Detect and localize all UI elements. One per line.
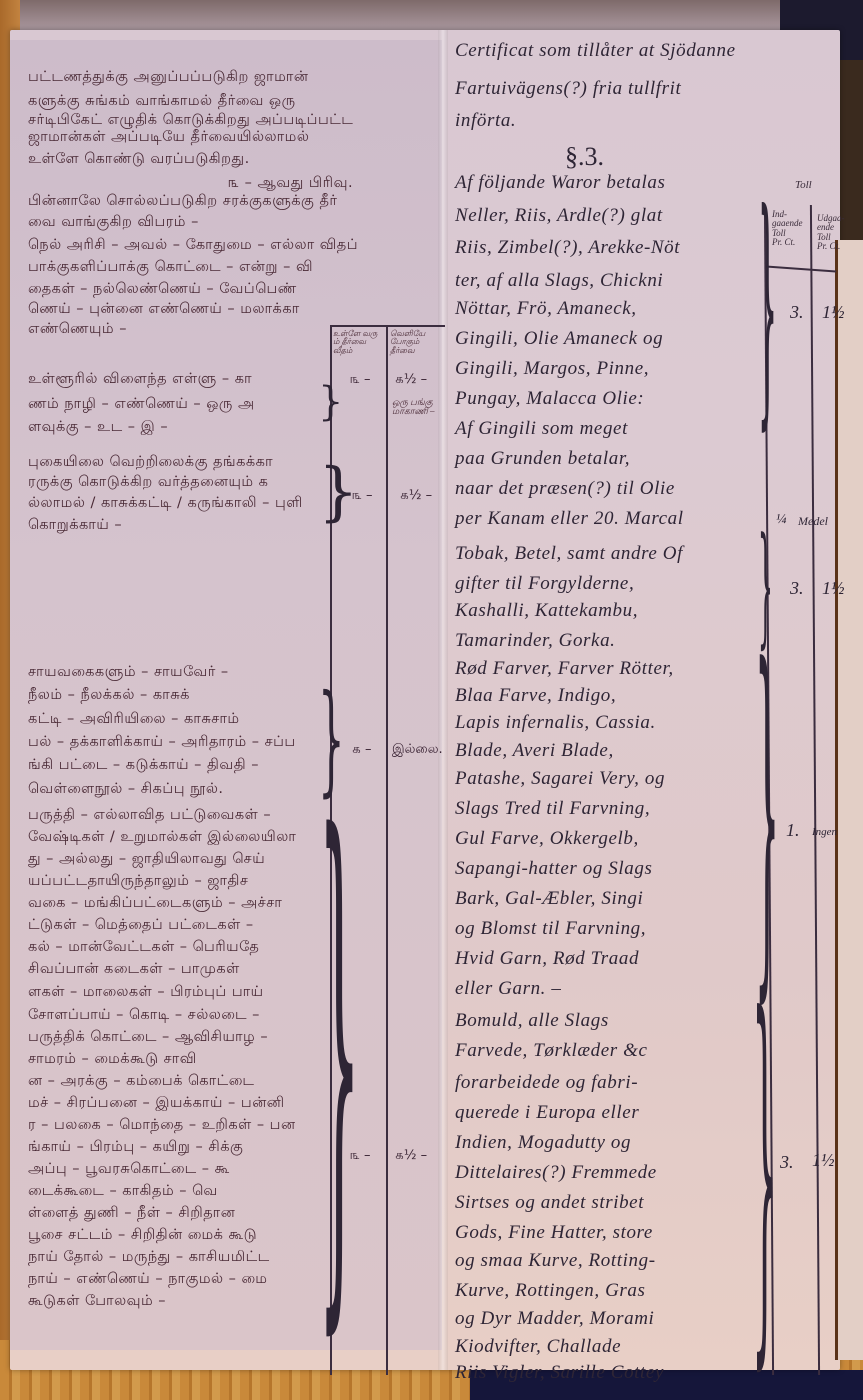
swedish-line: Af Gingili som meget xyxy=(455,418,628,440)
swedish-line: Indien, Mogadutty og xyxy=(455,1132,631,1154)
tamil-line: கொறுக்காய் – xyxy=(28,518,122,533)
tamil-out-rate: ௧½ – xyxy=(395,1148,427,1164)
swedish-line: Bomuld, alle Slags xyxy=(455,1010,609,1032)
toll-column-title: Toll xyxy=(795,180,812,192)
tamil-table-mid-rule xyxy=(386,325,388,1375)
swedish-line: Blaa Farve, Indigo, xyxy=(455,685,616,707)
tamil-line: களுக்கு சுங்கம் வாங்காமல் தீர்வை ஒரு xyxy=(28,94,296,109)
tamil-line: ங்காய் – பிரம்பு – கயிறு – சிக்கு xyxy=(28,1140,243,1155)
tamil-line: ணம் நாழி – எண்ணெய் – ஒரு அ xyxy=(28,397,255,412)
swedish-line: Tobak, Betel, samt andre Of xyxy=(455,543,683,565)
swedish-line: ter, af alla Slags, Chickni xyxy=(455,270,663,292)
swedish-line: Neller, Riis, Ardle(?) glat xyxy=(455,205,663,227)
ind-toll-rate: 1. xyxy=(786,820,800,841)
swedish-line: Pungay, Malacca Olie: xyxy=(455,388,644,410)
tamil-out-rate: இல்லை. xyxy=(392,742,443,758)
brace: } xyxy=(758,200,777,413)
swedish-line: per Kanam eller 20. Marcal xyxy=(455,508,684,530)
swedish-line: Bark, Gal-Æbler, Singi xyxy=(455,888,643,910)
swedish-line: naar det præsen(?) til Olie xyxy=(455,478,675,500)
tamil-in-rate: ௩ – xyxy=(352,488,373,504)
tamil-line: நீலம் – நீலக்கல் – காசுக் xyxy=(28,688,190,703)
tamil-line: சோளப்பாய் – கொடி – சல்லடை – xyxy=(28,1008,260,1023)
swedish-line: og smaa Kurve, Rotting- xyxy=(455,1250,656,1272)
swedish-line: Gul Farve, Okkergelb, xyxy=(455,828,639,850)
tamil-line: பின்னாலே சொல்லப்படுகிற சரக்குகளுக்கு தீர… xyxy=(28,194,338,209)
swedish-line: Kurve, Rottingen, Gras xyxy=(455,1280,646,1302)
swedish-line: Riis Vigler, Sarille Cottey xyxy=(455,1362,664,1384)
ind-toll-rate: ¼ xyxy=(776,512,787,528)
tamil-line: கூடுகள் போலவும் – xyxy=(28,1294,166,1309)
swedish-line: Slags Tred til Farvning, xyxy=(455,798,650,820)
udg-toll-header: Udgaa- ende Toll Pr. Ct. xyxy=(817,214,845,252)
tamil-line: ன – அரக்கு – கம்பைக் கொட்டை xyxy=(28,1074,254,1089)
tamil-line: து – அல்லது – ஜாதியிலாவது செய் xyxy=(28,852,265,867)
tamil-out-rate-note: ஒரு பங்கு மாகாணி – xyxy=(392,398,435,417)
tamil-line: டைக்கூடை – காகிதம் – வெ xyxy=(28,1184,218,1199)
tamil-line: பருத்திக் கொட்டை – ஆவிசியாழ – xyxy=(28,1030,268,1045)
udg-toll-rate: 1½ xyxy=(822,302,845,323)
swedish-line: Hvid Garn, Rød Traad xyxy=(455,948,639,970)
tamil-line: மச் – சிரப்பனை – இயக்காய் – பன்னி xyxy=(28,1096,285,1111)
brace: } xyxy=(318,800,361,1304)
swedish-line: Kiodvifter, Challade xyxy=(455,1336,621,1358)
swedish-line: Dittelaires(?) Fremmede xyxy=(455,1162,657,1184)
tamil-line: ஜாமான்கள் அப்படியே தீர்வையில்லாமல் xyxy=(28,130,309,145)
swedish-line: og Blomst til Farvning, xyxy=(455,918,646,940)
tamil-col1-header: உள்ளே வரு ம் தீர்வை வீதம் xyxy=(333,330,377,355)
swedish-line: införta. xyxy=(455,110,516,132)
tamil-line: சர்டிபிகேட் எழுதிக் கொடுக்கிறது அப்படிப்… xyxy=(28,113,353,128)
tamil-line: சிவப்பான் கடைகள் – பாமுகள் xyxy=(28,962,240,977)
swedish-line: paa Grunden betalar, xyxy=(455,448,630,470)
tamil-line: கட்டி – அவிரியிலை – காசுசாம் xyxy=(28,712,240,727)
tamil-line: பூசை சட்டம் – சிறிதின் மைக் கூடு xyxy=(28,1228,257,1243)
adjacent-page-edge xyxy=(835,240,863,1360)
tamil-line: வேஷ்டிகள் / உறுமால்கள் இல்லையிலா xyxy=(28,830,296,845)
tamil-line: நெல் அரிசி – அவல் – கோதுமை – எல்லா விதப் xyxy=(28,238,358,253)
tamil-line: சாமரம் – மைக்கூடு சாவி xyxy=(28,1052,197,1067)
udg-toll-rate: Ingen xyxy=(812,826,837,838)
tamil-line: ர – பலகை – மொந்தை – உறிகள் – பன xyxy=(28,1118,296,1133)
swedish-line: Rød Farver, Farver Rötter, xyxy=(455,658,674,680)
tamil-table-top-rule xyxy=(330,325,445,327)
tamil-line: அப்பு – பூவரசுகொட்டை – கூ xyxy=(28,1162,230,1177)
tamil-in-rate: ௩ – xyxy=(350,372,371,388)
brace: } xyxy=(318,382,343,422)
center-fold xyxy=(438,30,448,1370)
swedish-line: Gingili, Olie Amaneck og xyxy=(455,328,663,350)
swedish-header-line: Af följande Waror betalas xyxy=(455,172,665,194)
tamil-line: வகை – மங்கிப்பட்டைகளும் – அச்சா xyxy=(28,896,282,911)
swedish-line: Riis, Zimbel(?), Arekke-Nöt xyxy=(455,237,680,259)
swedish-line: Fartuivägens(?) fria tullfrit xyxy=(455,78,681,100)
tamil-line: சாயவகைகளும் – சாயவேர் – xyxy=(28,665,229,680)
udg-toll-rate: 1½ xyxy=(812,1150,835,1171)
swedish-line: Gods, Fine Hatter, store xyxy=(455,1222,653,1244)
tamil-section-heading: ௩ – ஆவது பிரிவு. xyxy=(228,176,353,191)
tamil-line: கல் – மான்வேட்டகள் – பெரியதே xyxy=(28,940,259,955)
swedish-line: Lapis infernalis, Cassia. xyxy=(455,712,656,734)
tamil-line: ட்டுகள் – மெத்தைப் பட்டைகள் – xyxy=(28,918,254,933)
tamil-line: நாய் – எண்ணெய் – நாகுமல் – மை xyxy=(28,1272,267,1287)
ind-toll-rate: 3. xyxy=(790,302,804,323)
swedish-line: Blade, Averi Blade, xyxy=(455,740,614,762)
tamil-line: ல்லாமல் / காசுக்கட்டி / கருங்காலி – புளி xyxy=(28,496,303,511)
tamil-line: ளகள் – மாலைகள் – பிரம்புப் பாய் xyxy=(28,985,264,1000)
tamil-line: புகையிலை வெற்றிலைக்கு தங்கக்கா xyxy=(28,455,273,470)
tamil-line: வை வாங்குகிற விபரம் – xyxy=(28,215,199,230)
swedish-line: gifter til Forgylderne, xyxy=(455,573,634,595)
brace: } xyxy=(752,1000,777,1340)
tamil-line: ரருக்கு கொடுக்கிற வர்த்தனையும் க xyxy=(28,475,268,490)
tamil-line: தைகள் – நல்லெண்ணெய் – வேப்பெண் xyxy=(28,282,297,297)
tamil-line: யப்பட்டதாயிருந்தாலும் – ஜாதிச xyxy=(28,874,248,889)
tamil-line: ணெய் – புன்னை எண்ணெய் – மலாக்கா xyxy=(28,302,300,317)
udg-toll-rate: Medel xyxy=(798,514,828,529)
tamil-line: உள்ளே கொண்டு வரப்படுகிறது. xyxy=(28,152,250,167)
tamil-line: நாய் தோல் – மருந்து – காசியமிட்ட xyxy=(28,1250,270,1265)
tamil-in-rate: ௩ – xyxy=(350,1148,371,1164)
tamil-line: எண்ணெயும் – xyxy=(28,322,127,337)
swedish-line: Nöttar, Frö, Amaneck, xyxy=(455,298,637,320)
tamil-line: பல் – தக்காளிக்காய் – அரிதாரம் – சப்ப xyxy=(28,735,296,750)
tamil-out-rate: ௧½ – xyxy=(400,488,432,504)
swedish-line: forarbeidede og fabri- xyxy=(455,1072,638,1094)
swedish-line: Sapangi-hatter og Slags xyxy=(455,858,652,880)
swedish-line: og Dyr Madder, Morami xyxy=(455,1308,654,1330)
swedish-line: Tamarinder, Gorka. xyxy=(455,630,616,652)
udg-toll-rate: 1½ xyxy=(822,578,845,599)
brace: } xyxy=(755,650,779,973)
section-heading: §.3. xyxy=(565,142,604,172)
tamil-line: ள்ளைத் துணி – நீள் – சிறிதான xyxy=(28,1206,235,1221)
tamil-line: பருத்தி – எல்லாவித பட்டுவைகள் – xyxy=(28,808,271,823)
tamil-line: ளவுக்கு – உட – இ – xyxy=(28,420,168,435)
tamil-col2-header: வெளியே போகும் தீர்வை xyxy=(390,330,425,355)
ind-toll-rate: 3. xyxy=(780,1152,794,1173)
swedish-line: Kashalli, Kattekambu, xyxy=(455,600,638,622)
tamil-line: உள்ளூரில் விளைந்த எள்ளு – கா xyxy=(28,372,252,387)
swedish-line: querede i Europa eller xyxy=(455,1102,639,1124)
tamil-line: வெள்ளைநூல் – சிகப்பு நூல். xyxy=(28,782,223,797)
tamil-line: பாக்குகளிப்பாக்கு கொட்டை – என்று – வி xyxy=(28,260,313,275)
swedish-line: Gingili, Margos, Pinne, xyxy=(455,358,649,380)
ind-toll-rate: 3. xyxy=(790,578,804,599)
tamil-line: பட்டணத்துக்கு அனுப்பப்படுகிற ஜாமான் xyxy=(28,70,308,85)
tamil-line: ங்கி பட்டை – கடுக்காய் – திவதி – xyxy=(28,758,259,773)
swedish-line: Certificat som tillåter at Sjödanne xyxy=(455,40,736,62)
swedish-line: eller Garn. – xyxy=(455,978,561,1000)
swedish-line: Sirtses og andet stribet xyxy=(455,1192,644,1214)
tamil-out-rate: ௧½ – xyxy=(395,372,427,388)
swedish-line: Patashe, Sagarei Very, og xyxy=(455,768,665,790)
swedish-line: Farvede, Tørklæder &c xyxy=(455,1040,648,1062)
